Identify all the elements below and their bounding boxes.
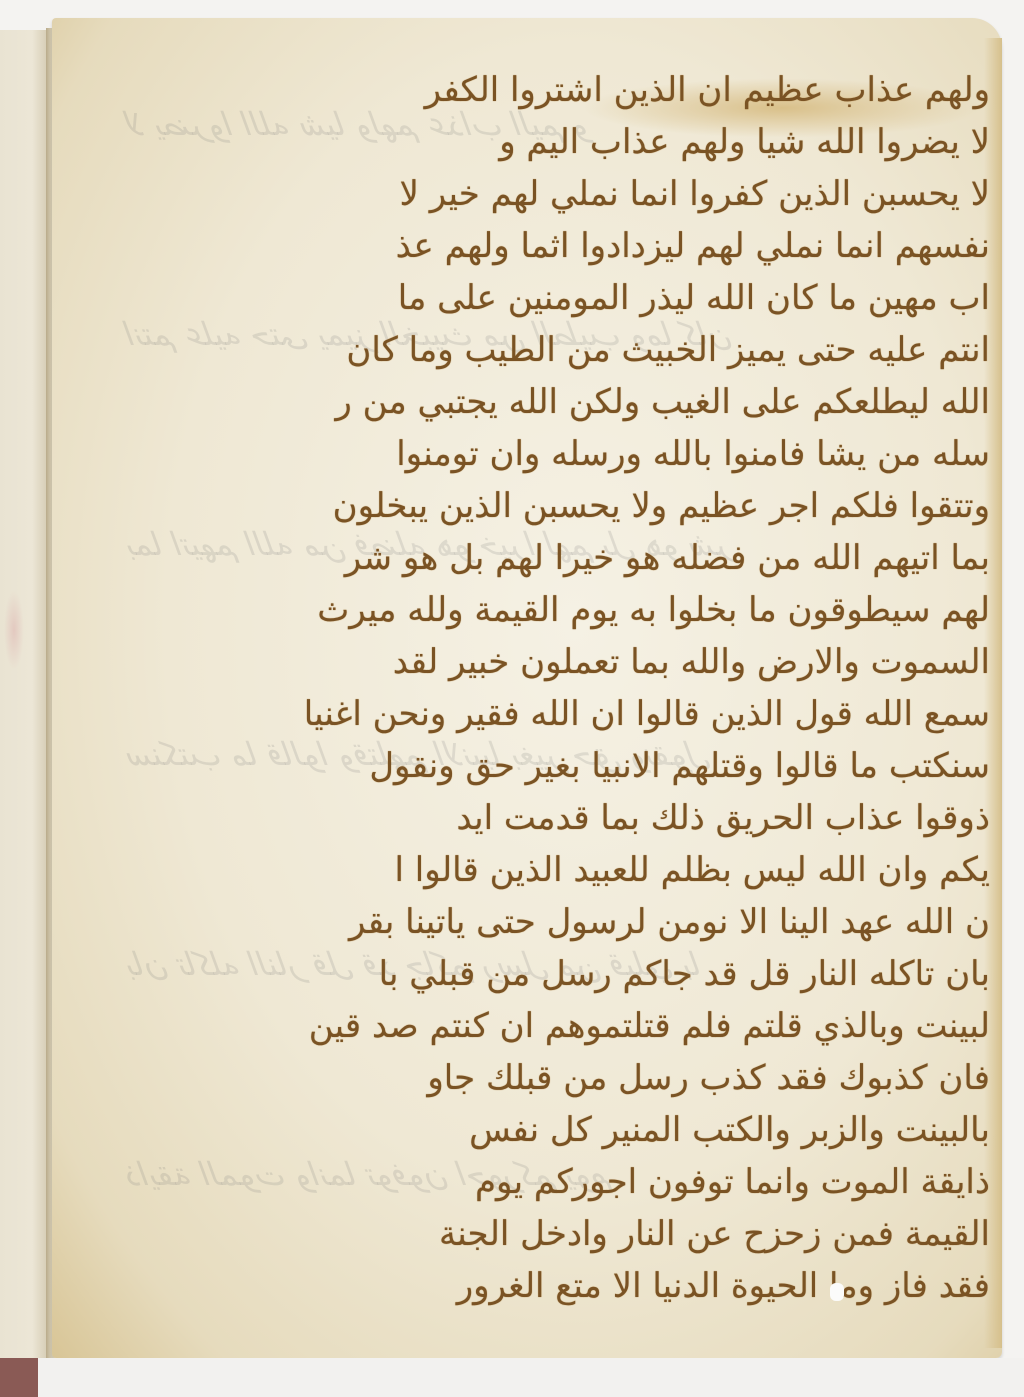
binding-edge [0, 1358, 38, 1397]
script-line: فقد فاز وما الحيوة الدنيا الا متع الغرور [110, 1261, 990, 1311]
script-line: ذوقوا عذاب الحريق ذلك بما قدمت ايد [110, 793, 990, 843]
text-block: لا يضروا الله شيا ولهم عذاب اليم و انتم … [110, 55, 990, 1355]
script-line: القيمة فمن زحزح عن النار وادخل الجنة [110, 1209, 990, 1259]
script-line: ذايقة الموت وانما توفون اجوركم يوم [110, 1157, 990, 1207]
script-line: سنكتب ما قالوا وقتلهم الانبيا بغير حق ون… [110, 741, 990, 791]
script-line: لبينت وبالذي قلتم فلم قتلتموهم ان كنتم ص… [110, 1001, 990, 1051]
script-line: وتتقوا فلكم اجر عظيم ولا يحسبن الذين يبخ… [110, 481, 990, 531]
background-strip [0, 1358, 1024, 1397]
script-line: ولهم عذاب عظيم ان الذين اشتروا الكفر [110, 65, 990, 115]
stain [4, 590, 24, 670]
script-line: انتم عليه حتى يميز الخبيث من الطيب وما ك… [110, 325, 990, 375]
script-line: الله ليطلعكم على الغيب ولكن الله يجتبي م… [110, 377, 990, 427]
script-line: يكم وان الله ليس بظلم للعبيد الذين قالوا… [110, 845, 990, 895]
script-line: لا يضروا الله شيا ولهم عذاب اليم و [110, 117, 990, 167]
script-line: نفسهم انما نملي لهم ليزدادوا اثما ولهم ع… [110, 221, 990, 271]
script-line: بان تاكله النار قل قد جاكم رسل من قبلي ب… [110, 949, 990, 999]
script-line: بالبينت والزبر والكتب المنير كل نفس [110, 1105, 990, 1155]
adjacent-page-edge [0, 30, 48, 1375]
parchment-hole [830, 1283, 844, 1301]
script-line: سله من يشا فامنوا بالله ورسله وان تومنوا [110, 429, 990, 479]
script-line: ن الله عهد الينا الا نومن لرسول حتى ياتي… [110, 897, 990, 947]
script-line: فان كذبوك فقد كذب رسل من قبلك جاو [110, 1053, 990, 1103]
script-line: سمع الله قول الذين قالوا ان الله فقير ون… [110, 689, 990, 739]
script-line: لا يحسبن الذين كفروا انما نملي لهم خير ل… [110, 169, 990, 219]
script-line: لهم سيطوقون ما بخلوا به يوم القيمة ولله … [110, 585, 990, 635]
script-line: بما اتيهم الله من فضله هو خيرا لهم بل هو… [110, 533, 990, 583]
script-line: السموت والارض والله بما تعملون خبير لقد [110, 637, 990, 687]
script-line: اب مهين ما كان الله ليذر المومنين على ما [110, 273, 990, 323]
